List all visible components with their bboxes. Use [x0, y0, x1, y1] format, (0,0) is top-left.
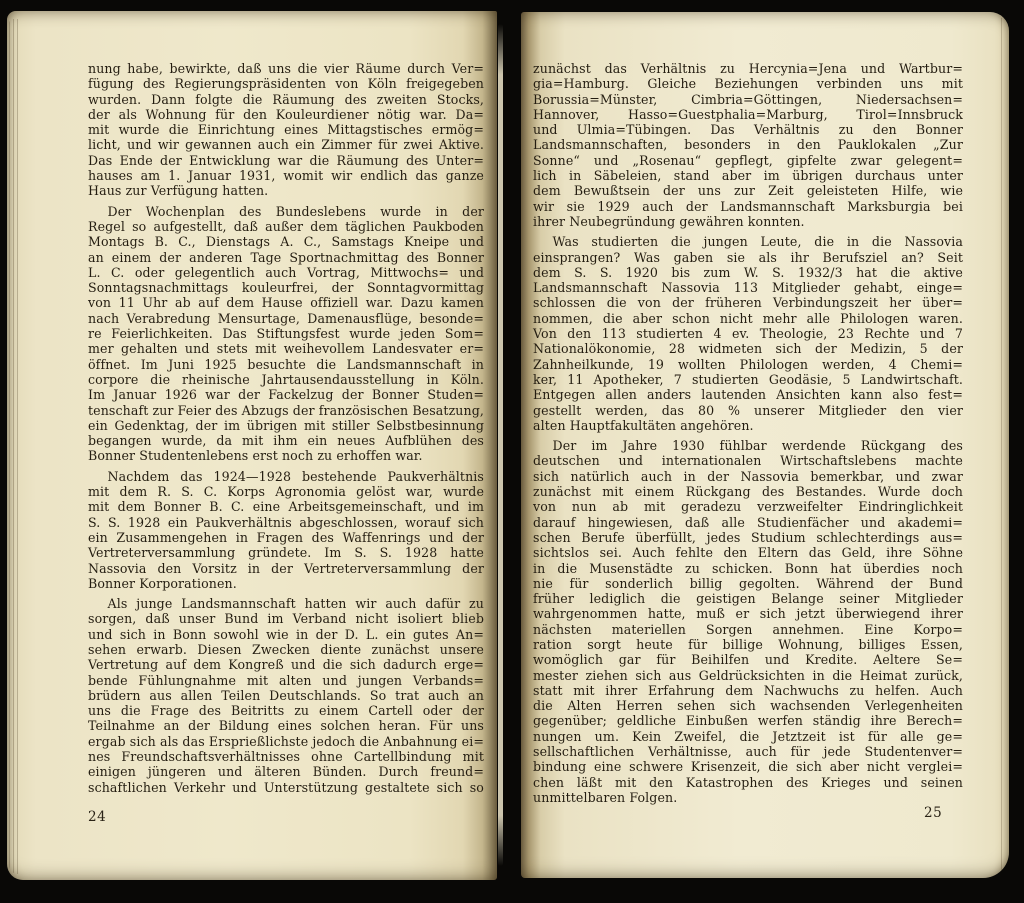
text-line: Landsmannschaft Nassovia 113 Mitglieder …: [533, 280, 963, 295]
text-line: wurden. Dann folgte die Räumung des zwei…: [88, 92, 484, 107]
text-line: Vertretung auf dem Kongreß und die sich …: [88, 657, 484, 672]
text-line: unmittelbaren Folgen.: [533, 790, 963, 805]
text-line: Regel so aufgestellt, daß außer dem tägl…: [88, 219, 484, 234]
text-line: nach Verabredung Mensurtage, Damenausflü…: [88, 311, 484, 326]
text-line: mester ziehen sich aus Geldrücksichten i…: [533, 668, 963, 683]
text-line: Bonner Korporationen.: [88, 576, 484, 591]
text-line: darauf hingewiesen, daß alle Studienfäch…: [533, 515, 963, 530]
left-page-text: nung habe, bewirkte, daß uns die vier Rä…: [88, 61, 484, 795]
text-line: nung habe, bewirkte, daß uns die vier Rä…: [88, 61, 484, 76]
text-line: womöglich gar für Beihilfen und Kredite.…: [533, 652, 963, 667]
text-line: die Alten Herren sehen sich wachsenden V…: [533, 698, 963, 713]
text-line: sichtslos sei. Auch fehlte den Eltern da…: [533, 545, 963, 560]
text-line: Landsmannschaften, besonders in den Pauk…: [533, 137, 963, 152]
text-line: dem S. S. 1920 bis zum W. S. 1932/3 hat …: [533, 265, 963, 280]
text-line: chen läßt mit den Katastrophen des Krieg…: [533, 775, 963, 790]
paragraph: nung habe, bewirkte, daß uns die vier Rä…: [88, 61, 484, 199]
text-line: L. C. oder gelegentlich auch Vortrag, Mi…: [88, 265, 484, 280]
text-line: ergab sich als das Ersprießlichste jedoc…: [88, 734, 484, 749]
text-line: gestellt werden, das 80 % unserer Mitgli…: [533, 403, 963, 418]
text-line: öffnet. Im Juni 1925 besuchte die Landsm…: [88, 357, 484, 372]
paragraph: Als junge Landsmannschaft hatten wir auc…: [88, 596, 484, 795]
right-page: zunächst das Verhältnis zu Hercynia=Jena…: [521, 12, 1009, 878]
text-line: Was studierten die jungen Leute, die in …: [533, 234, 963, 249]
text-line: Im Januar 1926 war der Fackelzug der Bon…: [88, 387, 484, 402]
text-line: statt mit ihrer Erfahrung dem Nachwuchs …: [533, 683, 963, 698]
text-line: Entgegen allen anders lautenden Ansichte…: [533, 387, 963, 402]
text-line: früher lediglich die geistigen Belange s…: [533, 591, 963, 606]
text-line: ein Zusammengehen in Fragen des Waffenri…: [88, 530, 484, 545]
text-line: mer gehalten und stets mit weihevollem L…: [88, 341, 484, 356]
text-line: hauses am 1. Januar 1931, womit wir endl…: [88, 168, 484, 183]
text-line: von nun ab mit geradezu verzweifelter Ei…: [533, 499, 963, 514]
paragraph: Der Wochenplan des Bundeslebens wurde in…: [88, 204, 484, 464]
text-line: ker, 11 Apotheker, 7 studierten Geodäsie…: [533, 372, 963, 387]
text-line: bindung eine schwere Krisenzeit, die sic…: [533, 759, 963, 774]
text-line: Der Wochenplan des Bundeslebens wurde in…: [88, 204, 484, 219]
text-line: und Ulmia=Tübingen. Das Verhältnis zu de…: [533, 122, 963, 137]
page-number-right: 25: [924, 805, 942, 821]
paragraph: Der im Jahre 1930 fühlbar werdende Rückg…: [533, 438, 963, 805]
text-line: Bonner Studentenlebens erst noch zu erho…: [88, 448, 484, 463]
text-line: Der im Jahre 1930 fühlbar werdende Rückg…: [533, 438, 963, 453]
text-line: ein Gedenktag, der im übrigen mit stille…: [88, 418, 484, 433]
text-line: ration sorgt heute für billige Wohnung, …: [533, 637, 963, 652]
text-line: schen Berufe überfüllt, jedes Studium sc…: [533, 530, 963, 545]
page-number-left: 24: [88, 809, 106, 825]
text-line: Teilnahme an der Bildung eines solchen h…: [88, 718, 484, 733]
text-line: alten Hauptfakultäten angehören.: [533, 418, 963, 433]
text-line: zunächst mit einem Rückgang des Bestande…: [533, 484, 963, 499]
text-line: an einem der anderen Tage Sportnachmitta…: [88, 250, 484, 265]
text-line: Montags B. C., Dienstags A. C., Samstags…: [88, 234, 484, 249]
text-line: Nationalökonomie, 28 widmeten sich der M…: [533, 341, 963, 356]
text-line: in die Musenstädte zu schicken. Bonn hat…: [533, 561, 963, 576]
text-line: nes Freundschaftsverhältnisses ohne Cart…: [88, 749, 484, 764]
text-line: bende Fühlungnahme mit alten und jungen …: [88, 673, 484, 688]
text-line: der als Wohnung für den Kouleurdiener nö…: [88, 107, 484, 122]
text-line: Borussia=Münster, Cimbria=Göttingen, Nie…: [533, 92, 963, 107]
text-line: schaftlichen Verkehr und Unterstützung g…: [88, 780, 484, 795]
gutter-page-edge: [498, 24, 503, 866]
text-line: mit wurde die Einrichtung eines Mittagst…: [88, 122, 484, 137]
text-line: ihrer Neubegründung gewähren konnten.: [533, 214, 963, 229]
paragraph: Was studierten die jungen Leute, die in …: [533, 234, 963, 433]
text-line: gia=Hamburg. Gleiche Beziehungen verbind…: [533, 76, 963, 91]
text-line: mit dem Bonner B. C. eine Arbeitsgemeins…: [88, 499, 484, 514]
text-line: sorgen, daß unser Bund im Verband nicht …: [88, 611, 484, 626]
text-line: nächsten materiellen Sorgen annehmen. Ei…: [533, 622, 963, 637]
text-line: Das Ende der Entwicklung war die Räumung…: [88, 153, 484, 168]
left-page: nung habe, bewirkte, daß uns die vier Rä…: [7, 11, 497, 880]
text-line: lich in Säbeleien, stand aber im übrigen…: [533, 168, 963, 183]
text-line: sehen erwarb. Diesen Zwecken diente zunä…: [88, 642, 484, 657]
text-line: Hannover, Hasso=Guestphalia=Marburg, Tir…: [533, 107, 963, 122]
paragraph: zunächst das Verhältnis zu Hercynia=Jena…: [533, 61, 963, 229]
text-line: schlossen die von der früheren Verbindun…: [533, 295, 963, 310]
text-line: einsprangen? Was gaben sie als ihr Beruf…: [533, 250, 963, 265]
text-line: zunächst das Verhältnis zu Hercynia=Jena…: [533, 61, 963, 76]
text-line: fügung des Regierungspräsidenten von Köl…: [88, 76, 484, 91]
text-line: wahrgenommen hatte, muß er sich jetzt üb…: [533, 606, 963, 621]
text-line: brüdern aus allen Teilen Deutschlands. S…: [88, 688, 484, 703]
text-line: gegenüber; geldliche Einbußen werfen stä…: [533, 713, 963, 728]
text-line: einigen jüngeren und älteren Bünden. Dur…: [88, 764, 484, 779]
text-line: Zahnheilkunde, 19 wollten Philologen wer…: [533, 357, 963, 372]
text-line: tenschaft zur Feier des Abzugs der franz…: [88, 403, 484, 418]
text-line: nommen, die aber schon nicht mehr alle P…: [533, 311, 963, 326]
text-line: nie für sonderlich billig gegolten. Währ…: [533, 576, 963, 591]
text-line: Von den 113 studierten 4 ev. Theologie, …: [533, 326, 963, 341]
text-line: Vertreterversammlung gründete. Im S. S. …: [88, 545, 484, 560]
text-line: mit dem R. S. C. Korps Agronomia gelöst …: [88, 484, 484, 499]
text-line: Nassovia den Vorsitz in der Vertreterver…: [88, 561, 484, 576]
text-line: dem Bewußtsein der uns zur Zeit geleiste…: [533, 183, 963, 198]
text-line: nungen um. Kein Zweifel, die Jetztzeit i…: [533, 729, 963, 744]
text-line: sellschaftlichen Verhältnisse, auch für …: [533, 744, 963, 759]
right-page-text: zunächst das Verhältnis zu Hercynia=Jena…: [533, 61, 963, 805]
text-line: Sonntagsnachmittags kouleurfrei, der Son…: [88, 280, 484, 295]
book-scan: nung habe, bewirkte, daß uns die vier Rä…: [0, 0, 1024, 903]
paragraph: Nachdem das 1924—1928 bestehende Paukver…: [88, 469, 484, 591]
text-line: Als junge Landsmannschaft hatten wir auc…: [88, 596, 484, 611]
text-line: corpore die rheinische Jahrtausendausste…: [88, 372, 484, 387]
text-line: S. S. 1928 ein Paukverhältnis abgeschlos…: [88, 515, 484, 530]
text-line: licht, und wir gewannen auch ein Zimmer …: [88, 137, 484, 152]
text-line: sich natürlich auch in der Nassovia beme…: [533, 469, 963, 484]
text-line: wir sie 1929 auch der Landsmannschaft Ma…: [533, 199, 963, 214]
text-line: deutschen und internationalen Wirtschaft…: [533, 453, 963, 468]
text-line: Haus zur Verfügung hatten.: [88, 183, 484, 198]
text-line: von 11 Uhr ab auf dem Hause offiziell wa…: [88, 295, 484, 310]
text-line: uns die Frage des Beitritts zu einem Car…: [88, 703, 484, 718]
text-line: und sich in Bonn sowohl wie in der D. L.…: [88, 627, 484, 642]
text-line: re Feierlichkeiten. Das Stiftungsfest wu…: [88, 326, 484, 341]
text-line: Sonne“ und „Rosenau“ gepflegt, gipfelte …: [533, 153, 963, 168]
text-line: Nachdem das 1924—1928 bestehende Paukver…: [88, 469, 484, 484]
text-line: begangen wurde, da mit ihm ein neues Auf…: [88, 433, 484, 448]
